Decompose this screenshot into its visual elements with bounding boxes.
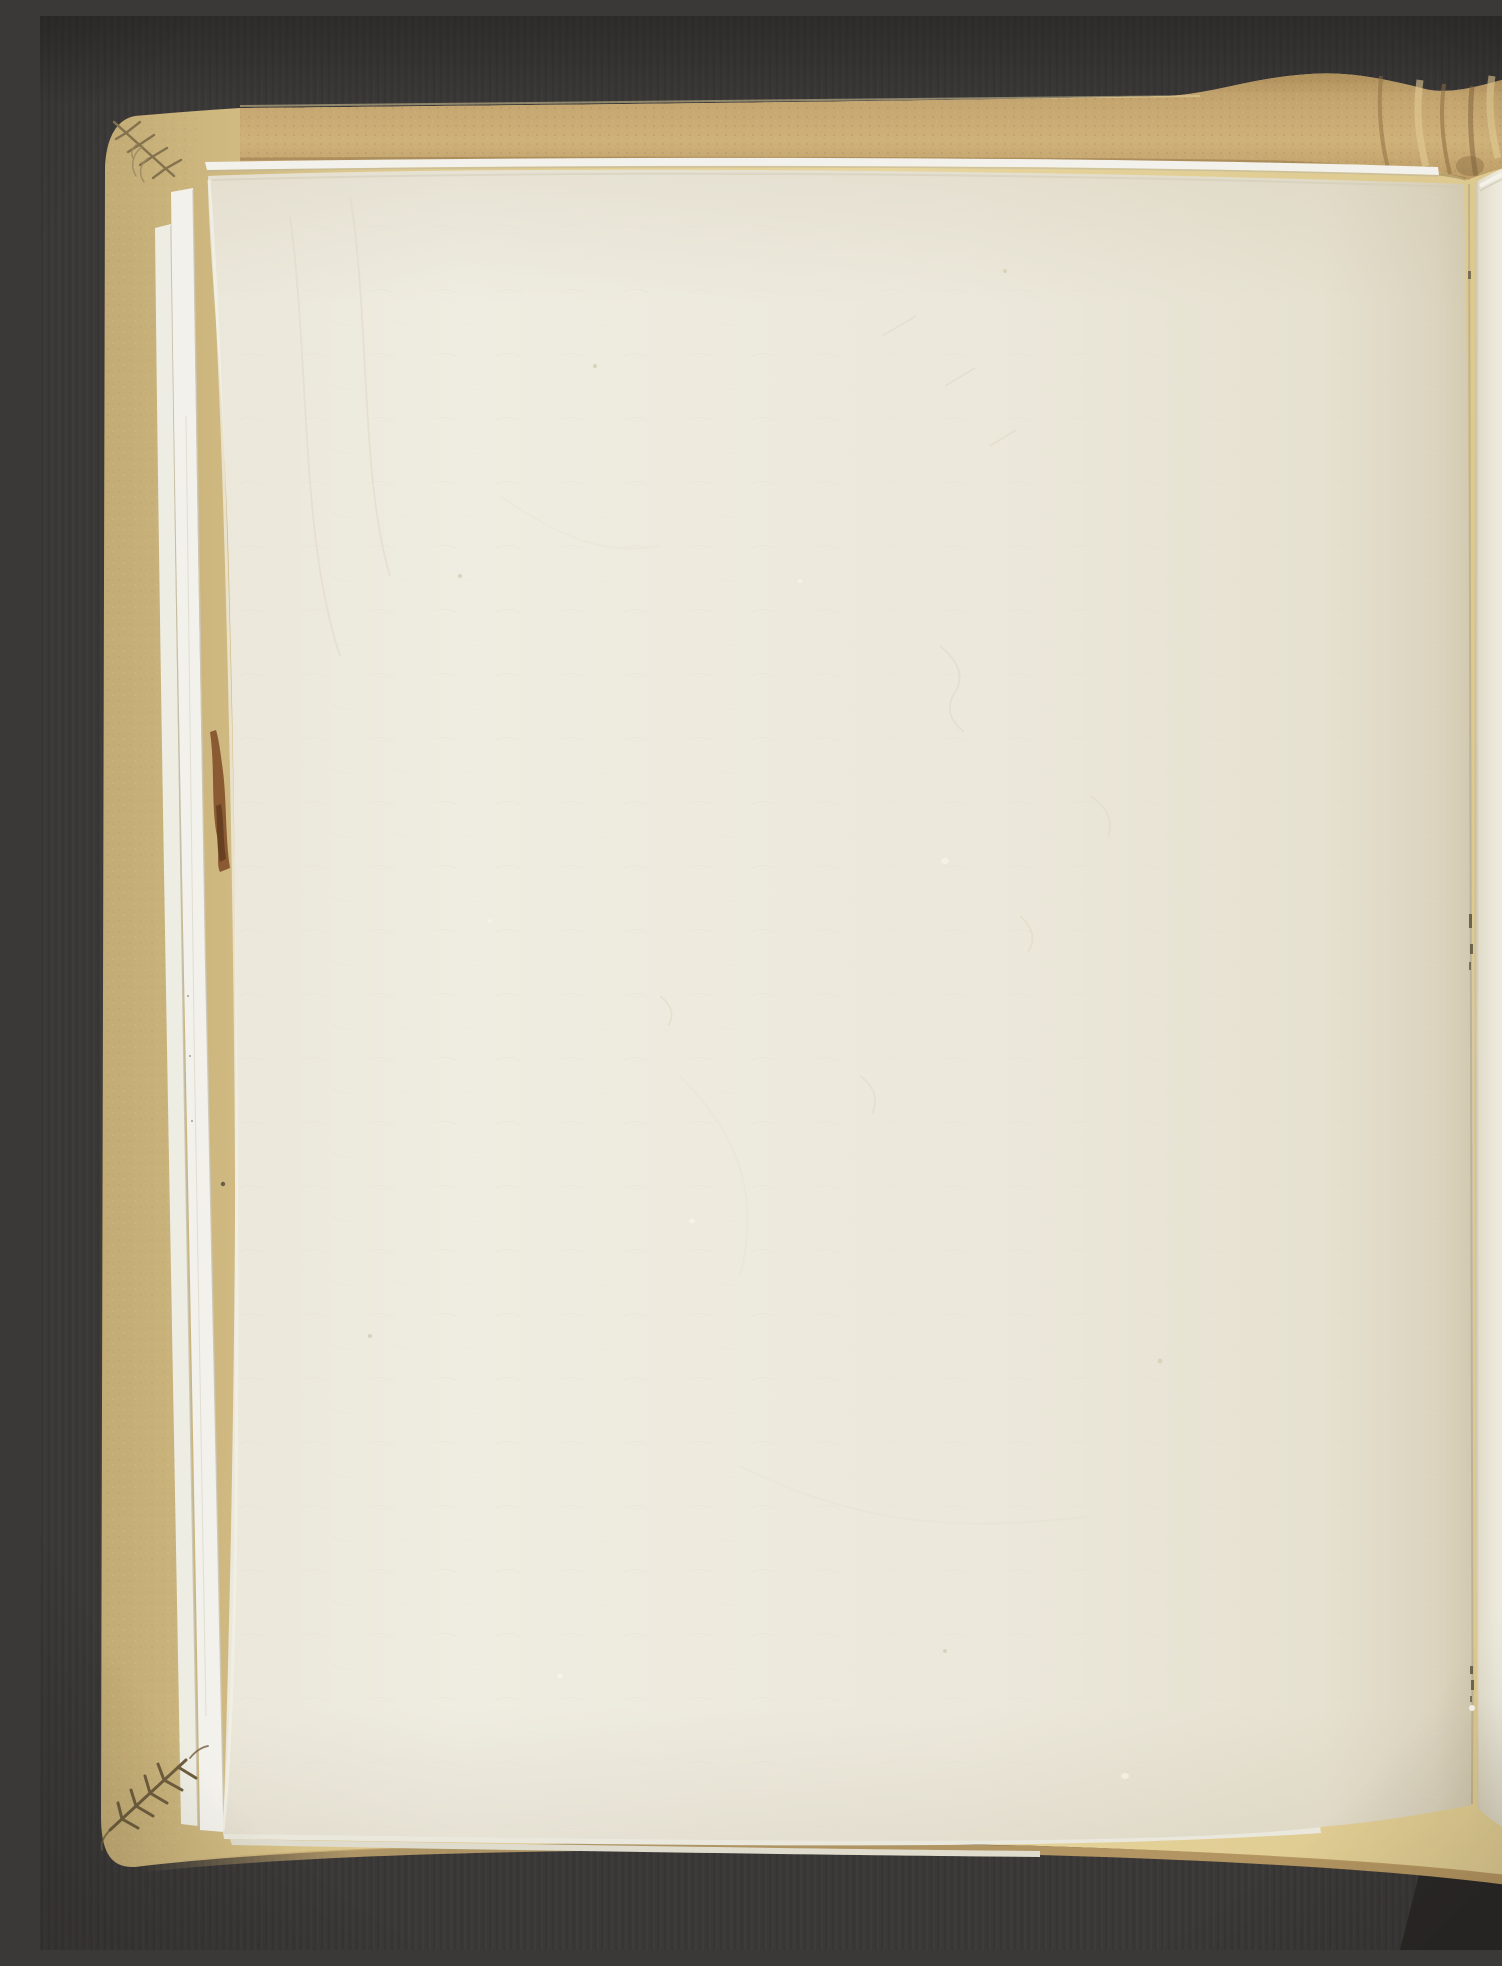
scanned-photo bbox=[40, 16, 1502, 1950]
book-scan bbox=[40, 16, 1502, 1950]
vignette bbox=[40, 16, 1502, 1950]
